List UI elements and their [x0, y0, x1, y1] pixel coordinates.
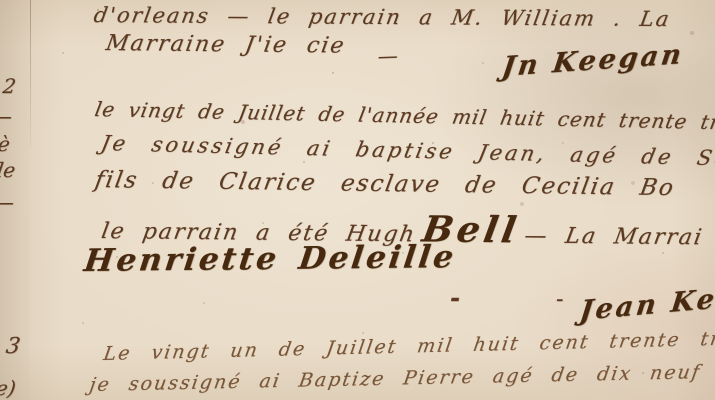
manuscript-line-vingt-un-juillet: Le vingt un de Juillet mil huit cent tre…: [102, 327, 715, 365]
manuscript-line-fils-de-clarice: fils de Clarice esclave de Cecilia Bo: [93, 167, 677, 201]
manuscript-dash: -: [450, 283, 460, 312]
manuscript-scan: 2 — è le — 3 e) d'orleans — le parrain a…: [0, 0, 715, 400]
manuscript-line-orleans-parrain: d'orleans — le parrain a M. William . La: [92, 3, 673, 31]
manuscript-line-baptize-pierre: je soussigné ai Baptize Pierre agé de di…: [88, 360, 715, 396]
signature-jn-keegan: Jn Keegan: [500, 39, 686, 83]
signature-henriette-deleille: Henriette Deleille: [82, 239, 458, 279]
manuscript-line-date-1833: le vingt de Juillet de l'année mil huit …: [93, 97, 715, 135]
manuscript-dash: —: [377, 43, 398, 68]
manuscript-line-baptise-jean: Je soussigné ai baptise Jean, agé de Sep…: [99, 131, 715, 171]
paper-foxing-speckles: [0, 0, 2, 2]
margin-fragment: e): [0, 376, 17, 400]
signature-jean-keegan: Jean Keega: [578, 278, 715, 327]
manuscript-dash: -: [556, 287, 563, 312]
page-fold-line: [30, 0, 31, 148]
manuscript-line-marraine: Marraine J'ie cie: [104, 31, 348, 58]
line-segment: — La Marrai: [522, 223, 705, 250]
